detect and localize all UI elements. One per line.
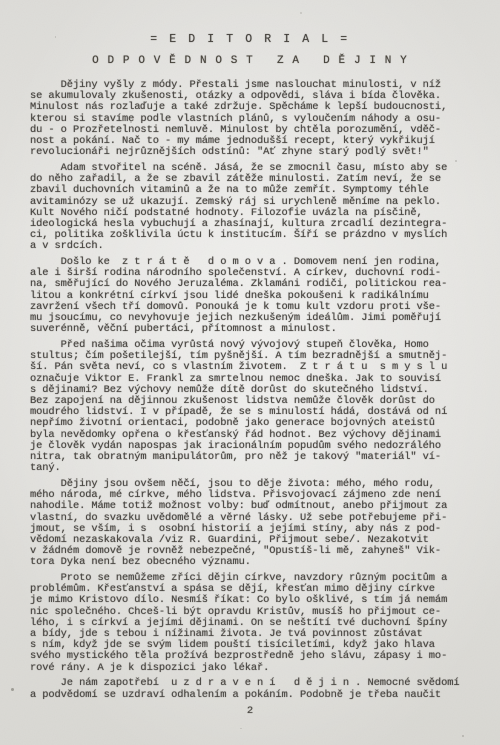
scan-speck xyxy=(240,728,242,729)
scanned-document-page: = E D I T O R I A L = O D P O V Ě D N O … xyxy=(0,0,500,745)
paragraph: Došlo ke z t r á t ě d o m o v a . Domov… xyxy=(30,257,474,335)
paragraph: Je nám zapotřebí u z d r a v e n í d ě j… xyxy=(30,678,474,700)
paragraph: Adam stvořitel na scéně. Jásá, že se zmo… xyxy=(30,163,474,253)
paragraph: Proto se nemůžeme zříci dějin církve, na… xyxy=(30,573,474,674)
document-body: Dějiny vyšly z módy. Přestali jsme naslo… xyxy=(30,80,474,701)
scan-speck xyxy=(300,12,302,14)
paragraph: Před našima očima vyrůstá nový vývojový … xyxy=(30,340,474,474)
paragraph: Dějiny vyšly z módy. Přestali jsme naslo… xyxy=(30,80,474,158)
paragraph: Dějiny jsou ovšem něčí, jsou to děje živ… xyxy=(30,479,474,569)
scan-speck xyxy=(462,735,464,737)
scan-speck xyxy=(11,688,14,691)
page-title: = E D I T O R I A L = xyxy=(0,33,500,46)
page-number: 2 xyxy=(0,705,500,717)
page-subtitle: O D P O V Ě D N O S T Z A D Ě J I N Y xyxy=(0,55,500,67)
